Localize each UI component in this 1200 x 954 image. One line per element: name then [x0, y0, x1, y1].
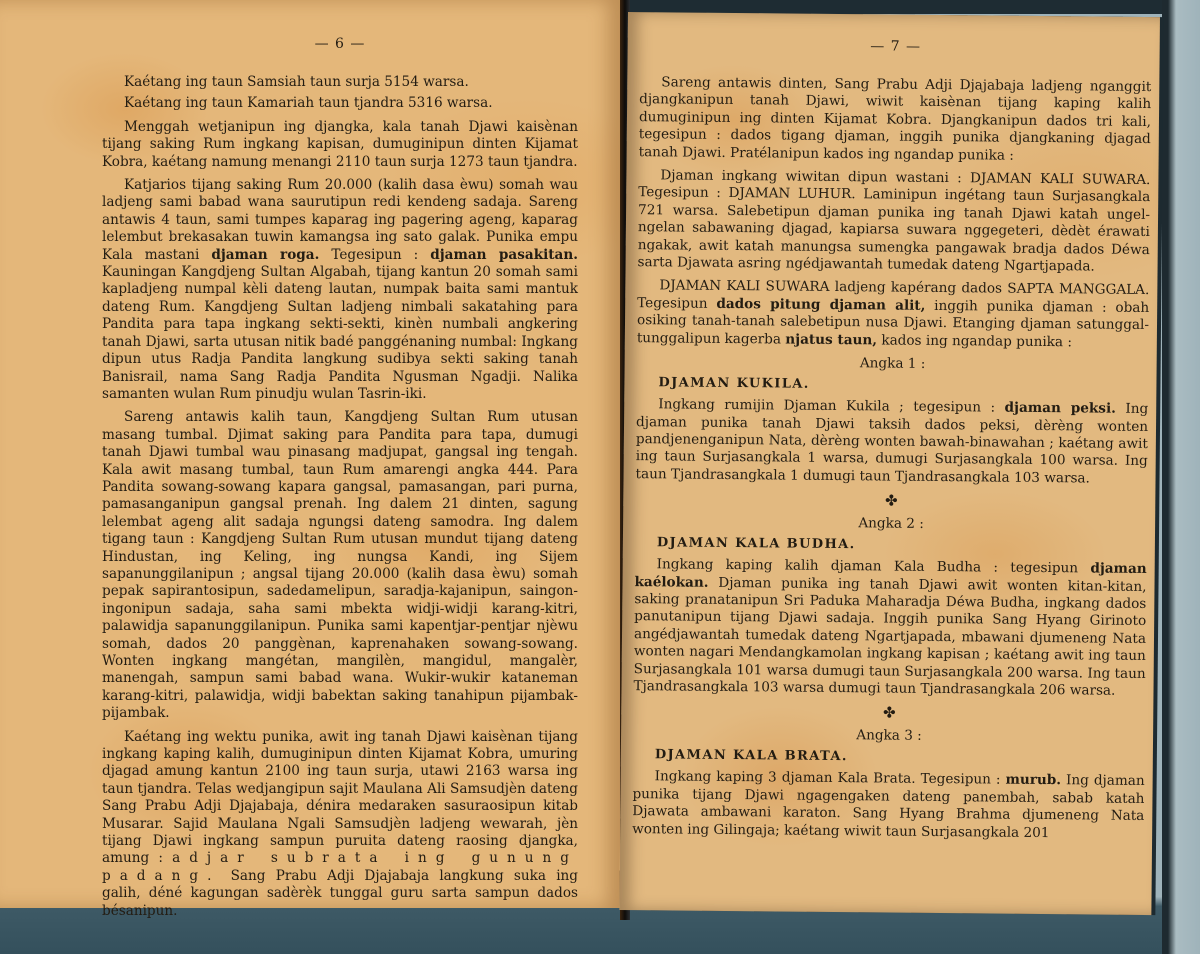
- ornament-icon: ✤: [633, 701, 1145, 724]
- right-page: — 7 — Sareng antawis dinten, Sang Prabu …: [619, 12, 1160, 915]
- bold-term: njatus taun,: [785, 331, 877, 348]
- paragraph: Kaétang ing wektu punika, awit ing tanah…: [102, 729, 578, 920]
- bold-term: djaman roga.: [211, 247, 319, 263]
- text-run: Ingkang rumijin Djaman Kukila ; tegesipu…: [658, 396, 1004, 415]
- paragraph: Katjarios tijang saking Rum 20.000 (kali…: [102, 177, 578, 403]
- bold-term: murub.: [1005, 772, 1061, 789]
- ornament-icon: ✤: [635, 489, 1147, 512]
- section-number: Angka 3 :: [633, 725, 1145, 746]
- left-page: — 6 — Kaétang ing taun Samsiah taun surj…: [0, 0, 622, 908]
- paragraph: Djaman ingkang wiwitan dipun wastani : D…: [638, 167, 1151, 276]
- section-heading: DJAMAN KALA BUDHA.: [657, 535, 1147, 555]
- paragraph: Ingkang kaping kalih djaman Kala Budha :…: [633, 556, 1146, 700]
- paragraph: DJAMAN KALI SUWARA ladjeng kapérang dado…: [637, 278, 1150, 353]
- bold-term: djaman peksi.: [1005, 400, 1116, 417]
- section-heading: DJAMAN KUKILA.: [658, 375, 1148, 395]
- paragraph: Sareng antawis kalih taun, Kangdjeng Sul…: [102, 409, 578, 722]
- text-run: Kaétang ing wektu punika, awit ing tanah…: [102, 729, 578, 867]
- bold-term: dados pitung djaman alit,: [716, 296, 925, 314]
- paragraph: Ingkang kaping 3 djaman Kala Brata. Tege…: [632, 768, 1145, 843]
- text-run: Kauningan Kangdjeng Sultan Algabah, tija…: [102, 264, 578, 402]
- text-run: kados ing ngandap punika :: [877, 332, 1072, 350]
- paragraph: Menggah wetjanipun ing djangka, kala tan…: [102, 119, 578, 171]
- section-number: Angka 1 :: [637, 353, 1149, 374]
- paragraph: Sareng antawis dinten, Sang Prabu Adji D…: [639, 74, 1152, 166]
- paragraph: Kaétang ing taun Samsiah taun surja 5154…: [102, 74, 578, 91]
- page-number: — 6 —: [102, 36, 578, 52]
- page-number: — 7 —: [640, 36, 1152, 57]
- paragraph: Ingkang rumijin Djaman Kukila ; tegesipu…: [635, 396, 1148, 488]
- scan-background-right: [1162, 0, 1200, 954]
- section-number: Angka 2 :: [635, 513, 1147, 534]
- text-run: Tegesipun :: [319, 247, 430, 263]
- bold-term: djaman pasakitan.: [430, 247, 578, 263]
- text-run: Djaman punika ing tanah Djawi awit wonte…: [633, 574, 1146, 698]
- section-heading: DJAMAN KALA BRATA.: [655, 748, 1145, 768]
- paragraph: Kaétang ing taun Kamariah taun tjandra 5…: [102, 95, 578, 112]
- text-run: Ingkang kaping 3 djaman Kala Brata. Tege…: [655, 769, 1006, 788]
